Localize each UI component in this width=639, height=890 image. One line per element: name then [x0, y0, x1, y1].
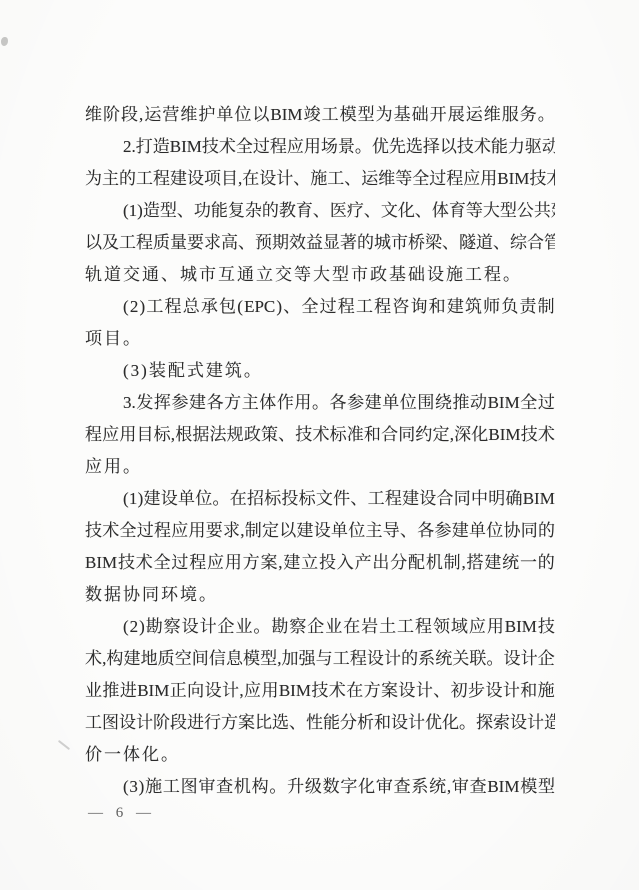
text-line: 项目。: [85, 327, 555, 359]
text-line: BIM技术全过程应用方案,建立投入产出分配机制,搭建统一的: [85, 551, 555, 583]
page-number-footer: — 6 —: [88, 804, 152, 822]
text-line: 程应用目标,根据法规政策、技术标准和合同约定,深化BIM技术: [85, 423, 555, 455]
text-line: 工图设计阶段进行方案比选、性能分析和设计优化。探索设计造: [85, 711, 555, 743]
text-line: 2.打造BIM技术全过程应用场景。优先选择以技术能力驱动: [85, 135, 555, 167]
text-line: (3)施工图审查机构。升级数字化审查系统,审查BIM模型: [85, 775, 555, 807]
text-line: (1)建设单位。在招标投标文件、工程建设合同中明确BIM: [85, 487, 555, 519]
scan-artifact-speck: [1, 37, 8, 46]
text-line: 数据协同环境。: [85, 583, 555, 615]
text-line: 为主的工程建设项目,在设计、施工、运维等全过程应用BIM技术。: [85, 167, 555, 199]
document-body-text: 维阶段,运营维护单位以BIM竣工模型为基础开展运维服务。2.打造BIM技术全过程…: [85, 103, 555, 807]
text-line: 技术全过程应用要求,制定以建设单位主导、各参建单位协同的: [85, 519, 555, 551]
text-line: 以及工程质量要求高、预期效益显著的城市桥梁、隧道、综合管廊、: [85, 231, 555, 263]
text-line: 应用。: [85, 455, 555, 487]
text-line: 3.发挥参建各方主体作用。各参建单位围绕推动BIM全过: [85, 391, 555, 423]
text-line: 维阶段,运营维护单位以BIM竣工模型为基础开展运维服务。: [85, 103, 555, 135]
text-line: 术,构建地质空间信息模型,加强与工程设计的系统关联。设计企: [85, 647, 555, 679]
text-line: 价一体化。: [85, 743, 555, 775]
text-line: 轨道交通、城市互通立交等大型市政基础设施工程。: [85, 263, 555, 295]
text-line: (3)装配式建筑。: [85, 359, 555, 391]
scan-artifact-stroke: [58, 740, 70, 750]
text-line: 业推进BIM正向设计,应用BIM技术在方案设计、初步设计和施: [85, 679, 555, 711]
text-line: (2)工程总承包(EPC)、全过程工程咨询和建筑师负责制: [85, 295, 555, 327]
document-page: 维阶段,运营维护单位以BIM竣工模型为基础开展运维服务。2.打造BIM技术全过程…: [0, 0, 639, 890]
text-line: (1)造型、功能复杂的教育、医疗、文化、体育等大型公共建筑,: [85, 199, 555, 231]
text-line: (2)勘察设计企业。勘察企业在岩土工程领域应用BIM技: [85, 615, 555, 647]
